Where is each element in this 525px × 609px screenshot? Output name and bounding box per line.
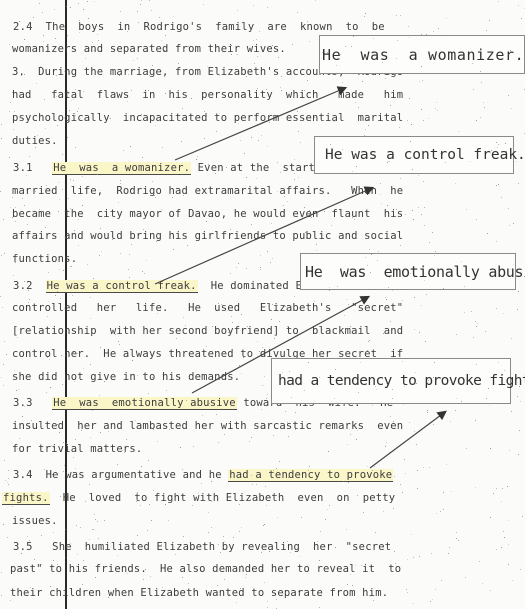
noise-speck — [75, 89, 76, 90]
noise-speck — [77, 353, 78, 354]
noise-speck — [334, 398, 335, 399]
noise-speck — [108, 431, 109, 432]
noise-speck — [279, 321, 280, 322]
noise-speck — [29, 540, 30, 541]
noise-speck — [40, 451, 41, 452]
noise-speck — [351, 46, 352, 47]
noise-speck — [419, 332, 420, 333]
noise-speck — [246, 76, 247, 77]
noise-speck — [85, 501, 86, 502]
noise-speck — [340, 351, 341, 352]
noise-speck — [150, 576, 151, 577]
noise-speck — [448, 553, 449, 554]
noise-speck — [337, 286, 338, 287]
noise-speck — [48, 301, 49, 302]
noise-speck — [443, 509, 444, 510]
noise-speck — [140, 505, 141, 506]
noise-speck — [19, 438, 20, 439]
noise-speck — [264, 582, 265, 583]
noise-speck — [281, 90, 282, 91]
noise-speck — [239, 531, 240, 532]
noise-speck — [250, 499, 251, 500]
noise-speck — [87, 264, 88, 265]
noise-speck — [100, 228, 101, 229]
noise-speck — [330, 144, 331, 145]
noise-speck — [342, 149, 343, 150]
noise-speck — [515, 281, 516, 282]
noise-speck — [431, 553, 432, 554]
noise-speck — [82, 205, 83, 206]
noise-speck — [11, 590, 12, 591]
noise-speck — [374, 466, 375, 467]
noise-speck — [506, 151, 507, 152]
noise-speck — [162, 374, 163, 375]
noise-speck — [426, 34, 427, 35]
noise-speck — [191, 51, 192, 52]
noise-speck — [182, 108, 183, 109]
noise-speck — [204, 549, 205, 550]
noise-speck — [261, 569, 262, 570]
noise-speck — [437, 110, 438, 111]
noise-speck — [152, 65, 153, 66]
noise-speck — [95, 519, 96, 520]
noise-speck — [39, 3, 40, 4]
noise-speck — [204, 356, 205, 357]
noise-speck — [470, 161, 471, 162]
noise-speck — [355, 189, 356, 190]
noise-speck — [294, 179, 295, 180]
noise-speck — [266, 505, 267, 506]
noise-speck — [118, 202, 119, 203]
noise-speck — [504, 537, 505, 538]
text-run: issues. — [12, 515, 58, 527]
noise-speck — [168, 520, 169, 521]
noise-speck — [430, 601, 431, 602]
document-line: she did not give in to his demands. — [12, 371, 240, 383]
noise-speck — [140, 4, 141, 5]
noise-speck — [90, 297, 91, 298]
noise-speck — [92, 410, 93, 411]
noise-speck — [329, 505, 330, 506]
noise-speck — [142, 271, 143, 272]
noise-speck — [282, 372, 283, 373]
noise-speck — [522, 516, 523, 517]
noise-speck — [173, 16, 174, 17]
noise-speck — [517, 396, 518, 397]
noise-speck — [204, 138, 205, 139]
noise-speck — [362, 81, 363, 82]
noise-speck — [100, 347, 101, 348]
noise-speck — [277, 162, 278, 163]
noise-speck — [15, 207, 16, 208]
highlighted-phrase: He was a womanizer. — [52, 162, 191, 175]
noise-speck — [70, 543, 71, 544]
noise-speck — [17, 337, 18, 338]
noise-speck — [51, 445, 52, 446]
noise-speck — [419, 81, 420, 82]
text-run: duties. — [12, 135, 58, 147]
noise-speck — [112, 239, 113, 240]
noise-speck — [475, 487, 476, 488]
noise-speck — [224, 434, 225, 435]
noise-speck — [520, 401, 521, 402]
noise-speck — [324, 27, 325, 28]
noise-speck — [288, 72, 289, 73]
noise-speck — [120, 180, 121, 181]
noise-speck — [350, 434, 351, 435]
noise-speck — [156, 170, 157, 171]
noise-speck — [400, 245, 401, 246]
noise-speck — [375, 532, 376, 533]
noise-speck — [15, 262, 16, 263]
noise-speck — [416, 383, 417, 384]
text-run: [relationship with her second boyfriend]… — [12, 325, 403, 337]
noise-speck — [97, 34, 98, 35]
noise-speck — [512, 580, 513, 581]
noise-speck — [35, 147, 36, 148]
noise-speck — [464, 286, 465, 287]
noise-speck — [122, 450, 123, 451]
noise-speck — [433, 31, 434, 32]
noise-speck — [509, 450, 510, 451]
document-line: [relationship with her second boyfriend]… — [12, 325, 403, 337]
noise-speck — [358, 107, 359, 108]
noise-speck — [63, 270, 64, 271]
noise-speck — [153, 490, 154, 491]
noise-speck — [347, 444, 348, 445]
noise-speck — [346, 299, 347, 300]
noise-speck — [12, 92, 13, 93]
document-line: issues. — [12, 515, 58, 527]
noise-speck — [253, 358, 254, 359]
noise-speck — [16, 390, 17, 391]
noise-speck — [99, 255, 100, 256]
noise-speck — [520, 569, 521, 570]
noise-speck — [256, 39, 257, 40]
noise-speck — [17, 448, 18, 449]
noise-speck — [261, 552, 262, 553]
noise-speck — [54, 9, 55, 10]
noise-speck — [508, 544, 509, 545]
noise-speck — [429, 242, 430, 243]
noise-speck — [251, 475, 252, 476]
noise-speck — [29, 305, 30, 306]
noise-speck — [10, 207, 11, 208]
noise-speck — [119, 215, 120, 216]
noise-speck — [508, 564, 509, 565]
noise-speck — [287, 541, 288, 542]
noise-speck — [108, 597, 109, 598]
noise-speck — [35, 191, 36, 192]
noise-speck — [83, 91, 84, 92]
noise-speck — [236, 602, 237, 603]
noise-speck — [218, 303, 219, 304]
noise-speck — [287, 422, 288, 423]
noise-speck — [475, 321, 476, 322]
noise-speck — [142, 157, 143, 158]
noise-speck — [521, 18, 522, 19]
noise-speck — [266, 398, 267, 399]
noise-speck — [356, 439, 357, 440]
noise-speck — [57, 564, 58, 565]
noise-speck — [518, 454, 519, 455]
noise-speck — [92, 42, 93, 43]
text-run: 3.2 — [0, 280, 46, 292]
noise-speck — [244, 94, 245, 95]
noise-speck — [59, 199, 60, 200]
noise-speck — [309, 210, 310, 211]
noise-speck — [36, 255, 37, 256]
noise-speck — [149, 0, 150, 1]
noise-speck — [77, 554, 78, 555]
text-run: functions. — [12, 253, 77, 265]
noise-speck — [161, 40, 162, 41]
noise-speck — [314, 117, 315, 118]
noise-speck — [291, 397, 292, 398]
noise-speck — [388, 287, 389, 288]
noise-speck — [397, 40, 398, 41]
noise-speck — [178, 63, 179, 64]
noise-speck — [95, 577, 96, 578]
noise-speck — [408, 26, 409, 27]
noise-speck — [33, 521, 34, 522]
noise-speck — [216, 131, 217, 132]
noise-speck — [94, 514, 95, 515]
noise-speck — [336, 65, 337, 66]
noise-speck — [294, 296, 295, 297]
noise-speck — [100, 432, 101, 433]
noise-speck — [451, 491, 452, 492]
noise-speck — [361, 565, 362, 566]
noise-speck — [39, 209, 40, 210]
noise-speck — [193, 446, 194, 447]
noise-speck — [380, 194, 381, 195]
noise-speck — [354, 219, 355, 220]
noise-speck — [370, 272, 371, 273]
noise-speck — [453, 268, 454, 269]
noise-speck — [493, 158, 494, 159]
noise-speck — [197, 156, 198, 157]
noise-speck — [208, 532, 209, 533]
noise-speck — [164, 50, 165, 51]
noise-speck — [22, 568, 23, 569]
noise-speck — [185, 325, 186, 326]
noise-speck — [75, 468, 76, 469]
noise-speck — [434, 362, 435, 363]
noise-speck — [508, 208, 509, 209]
noise-speck — [511, 108, 512, 109]
noise-speck — [473, 89, 474, 90]
noise-speck — [198, 493, 199, 494]
noise-speck — [97, 174, 98, 175]
noise-speck — [276, 468, 277, 469]
noise-speck — [485, 331, 486, 332]
noise-speck — [78, 219, 79, 220]
noise-speck — [75, 147, 76, 148]
noise-speck — [422, 80, 423, 81]
noise-speck — [285, 411, 286, 412]
noise-speck — [412, 169, 413, 170]
noise-speck — [78, 245, 79, 246]
noise-speck — [259, 351, 260, 352]
noise-speck — [53, 560, 54, 561]
noise-speck — [77, 111, 78, 112]
noise-speck — [211, 501, 212, 502]
noise-speck — [269, 122, 270, 123]
noise-speck — [58, 182, 59, 183]
noise-speck — [191, 98, 192, 99]
noise-speck — [329, 290, 330, 291]
noise-speck — [80, 407, 81, 408]
noise-speck — [241, 527, 242, 528]
noise-speck — [511, 338, 512, 339]
noise-speck — [258, 140, 259, 141]
noise-speck — [256, 170, 257, 171]
noise-speck — [510, 269, 511, 270]
noise-speck — [148, 90, 149, 91]
highlighted-phrase: had a tendency to provoke — [228, 469, 393, 482]
noise-speck — [399, 127, 400, 128]
noise-speck — [228, 353, 229, 354]
text-run: womanizers and separated from their wive… — [12, 43, 286, 55]
noise-speck — [263, 385, 264, 386]
noise-speck — [157, 313, 158, 314]
noise-speck — [380, 183, 381, 184]
noise-speck — [353, 36, 354, 37]
noise-speck — [473, 337, 474, 338]
noise-speck — [360, 382, 361, 383]
noise-speck — [509, 225, 510, 226]
noise-speck — [101, 251, 102, 252]
noise-speck — [316, 250, 317, 251]
noise-speck — [267, 394, 268, 395]
noise-speck — [387, 162, 388, 163]
noise-speck — [481, 82, 482, 83]
noise-speck — [188, 46, 189, 47]
noise-speck — [29, 156, 30, 157]
noise-speck — [295, 412, 296, 413]
noise-speck — [424, 207, 425, 208]
noise-speck — [486, 398, 487, 399]
noise-speck — [209, 476, 210, 477]
noise-speck — [117, 464, 118, 465]
noise-speck — [335, 547, 336, 548]
noise-speck — [410, 273, 411, 274]
noise-speck — [365, 257, 366, 258]
noise-speck — [273, 470, 274, 471]
noise-speck — [497, 147, 498, 148]
noise-speck — [117, 237, 118, 238]
noise-speck — [104, 520, 105, 521]
noise-speck — [196, 159, 197, 160]
noise-speck — [402, 361, 403, 362]
callout-text: had a tendency to provoke fights. — [278, 373, 525, 389]
noise-speck — [159, 17, 160, 18]
noise-speck — [3, 364, 4, 365]
noise-speck — [436, 102, 437, 103]
noise-speck — [99, 190, 100, 191]
noise-speck — [137, 492, 138, 493]
noise-speck — [452, 53, 453, 54]
noise-speck — [50, 446, 51, 447]
noise-speck — [261, 135, 262, 136]
noise-speck — [74, 230, 75, 231]
noise-speck — [271, 223, 272, 224]
noise-speck — [93, 278, 94, 279]
noise-speck — [345, 46, 346, 47]
noise-speck — [274, 338, 275, 339]
noise-speck — [446, 18, 447, 19]
noise-speck — [274, 493, 275, 494]
noise-speck — [315, 0, 316, 1]
noise-speck — [162, 287, 163, 288]
noise-speck — [294, 159, 295, 160]
noise-speck — [517, 309, 518, 310]
noise-speck — [36, 83, 37, 84]
noise-speck — [402, 492, 403, 493]
noise-speck — [363, 512, 364, 513]
noise-speck — [357, 430, 358, 431]
noise-speck — [298, 591, 299, 592]
noise-speck — [217, 585, 218, 586]
noise-speck — [181, 30, 182, 31]
noise-speck — [373, 38, 374, 39]
document-line: womanizers and separated from their wive… — [12, 43, 286, 55]
noise-speck — [120, 253, 121, 254]
noise-speck — [263, 525, 264, 526]
noise-speck — [401, 289, 402, 290]
noise-speck — [356, 166, 357, 167]
document-line: their children when Elizabeth wanted to … — [10, 587, 388, 599]
noise-speck — [294, 173, 295, 174]
noise-speck — [503, 313, 504, 314]
noise-speck — [385, 446, 386, 447]
noise-speck — [128, 269, 129, 270]
noise-speck — [90, 364, 91, 365]
noise-speck — [298, 177, 299, 178]
noise-speck — [56, 75, 57, 76]
noise-speck — [490, 448, 491, 449]
noise-speck — [370, 596, 371, 597]
noise-speck — [496, 241, 497, 242]
noise-speck — [113, 472, 114, 473]
noise-speck — [2, 307, 3, 308]
noise-speck — [157, 441, 158, 442]
noise-speck — [358, 392, 359, 393]
noise-speck — [261, 409, 262, 410]
noise-speck — [496, 488, 497, 489]
noise-speck — [15, 221, 16, 222]
noise-speck — [421, 305, 422, 306]
noise-speck — [48, 272, 49, 273]
noise-speck — [441, 580, 442, 581]
noise-speck — [148, 393, 149, 394]
noise-speck — [383, 333, 384, 334]
noise-speck — [375, 386, 376, 387]
noise-speck — [501, 501, 502, 502]
noise-speck — [46, 392, 47, 393]
noise-speck — [267, 146, 268, 147]
noise-speck — [423, 181, 424, 182]
noise-speck — [70, 179, 71, 180]
noise-speck — [279, 461, 280, 462]
noise-speck — [411, 124, 412, 125]
noise-speck — [244, 153, 245, 154]
noise-speck — [352, 217, 353, 218]
noise-speck — [1, 255, 2, 256]
callout-text: He was a control freak. — [325, 147, 525, 163]
noise-speck — [78, 3, 79, 4]
